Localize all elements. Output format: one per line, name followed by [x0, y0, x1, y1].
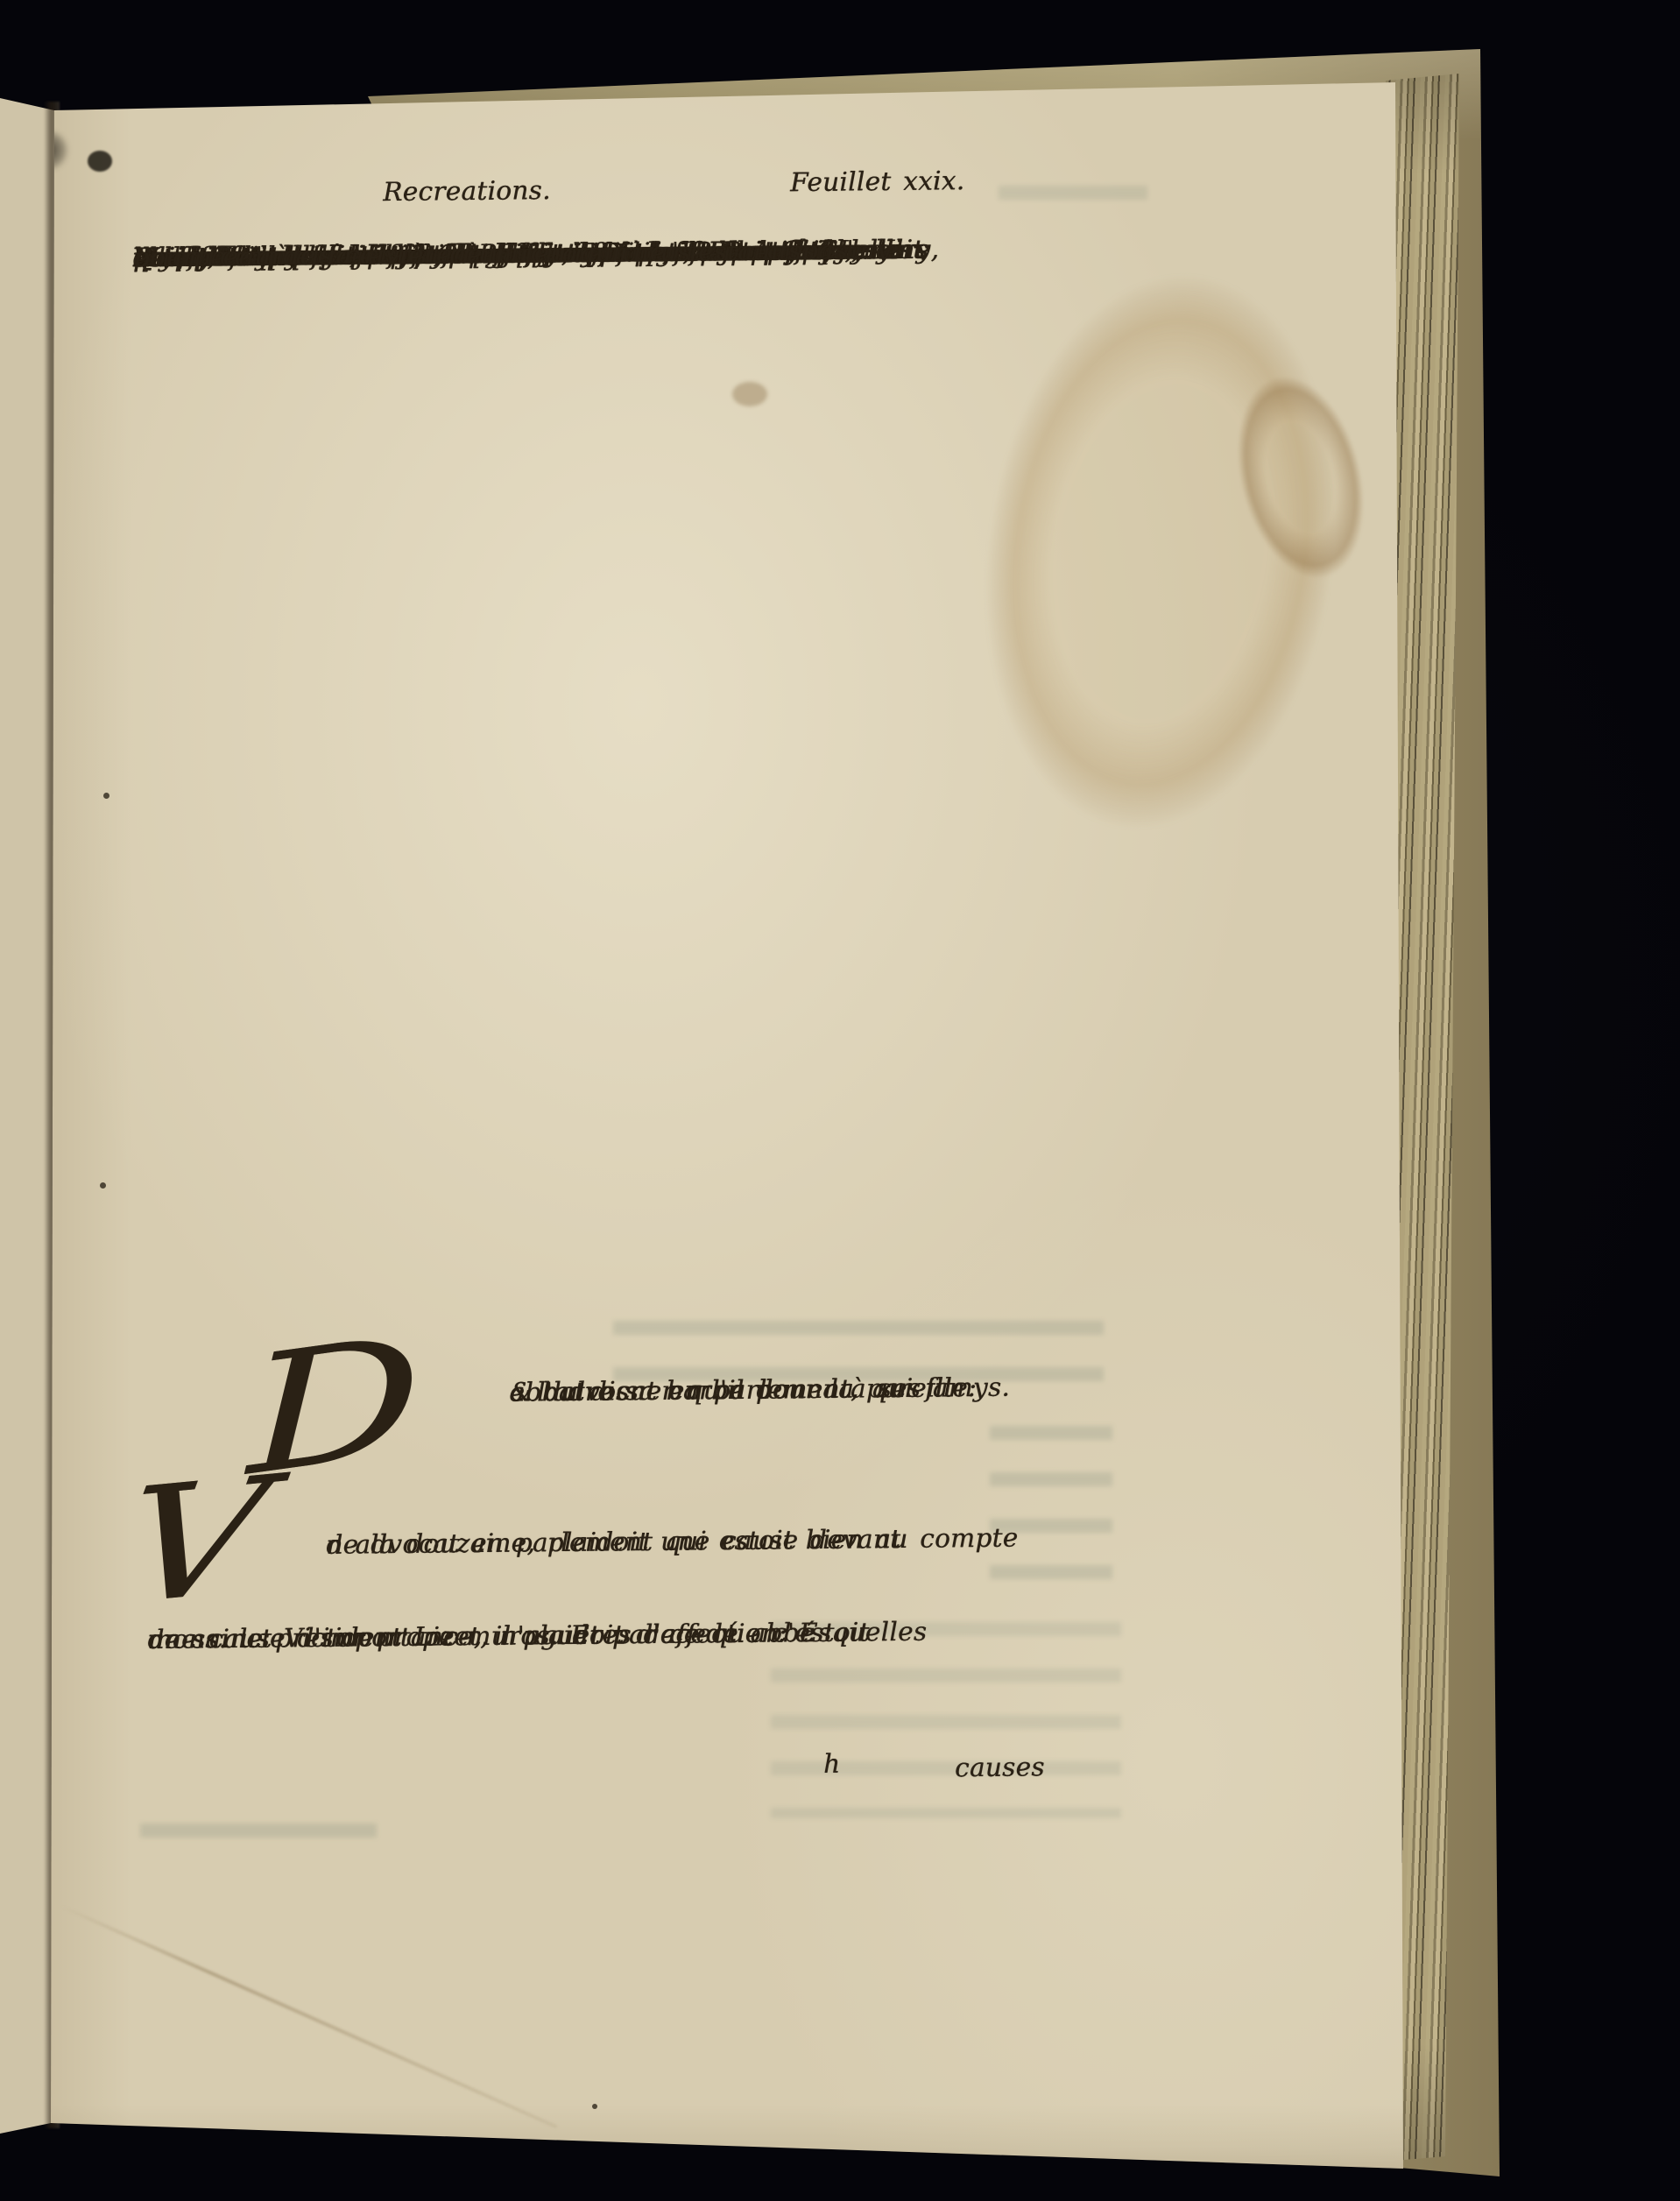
printed-text-layer: Recreations. Feuillet xxix. Vieille fust… [0, 0, 1680, 2201]
paragraph-1: Vieille fust allée et venue, et print ro… [133, 225, 1095, 235]
text-line: une cause d'importance, il plaidoit d'af… [147, 1609, 927, 1663]
section-heading: e l'advocat en parlement, qui fitabbatre… [509, 1364, 1034, 1369]
running-head-folio: Feuillet xxix. [790, 158, 965, 206]
paragraph-2: mons. le president Lizet, n'agueres dece… [147, 1607, 1109, 1617]
paragraph-2-indented: n advocat en parlement qui estoit bien a… [146, 1514, 1108, 1524]
text-line: pour l'eau de la riviere. [133, 231, 461, 281]
photo-backdrop: Recreations. Feuillet xxix. Vieille fust… [0, 0, 1680, 2201]
decorative-initial-V: V [116, 1467, 276, 1616]
running-head-title: Recreations. [383, 167, 551, 215]
catchword: causes [955, 1744, 1045, 1791]
text-line: & du disner qu'il donna à ses amys. [509, 1365, 1010, 1416]
signature-mark: h [823, 1741, 841, 1788]
text-line: de la douzaine, plaidoit une cause devan… [326, 1516, 900, 1569]
